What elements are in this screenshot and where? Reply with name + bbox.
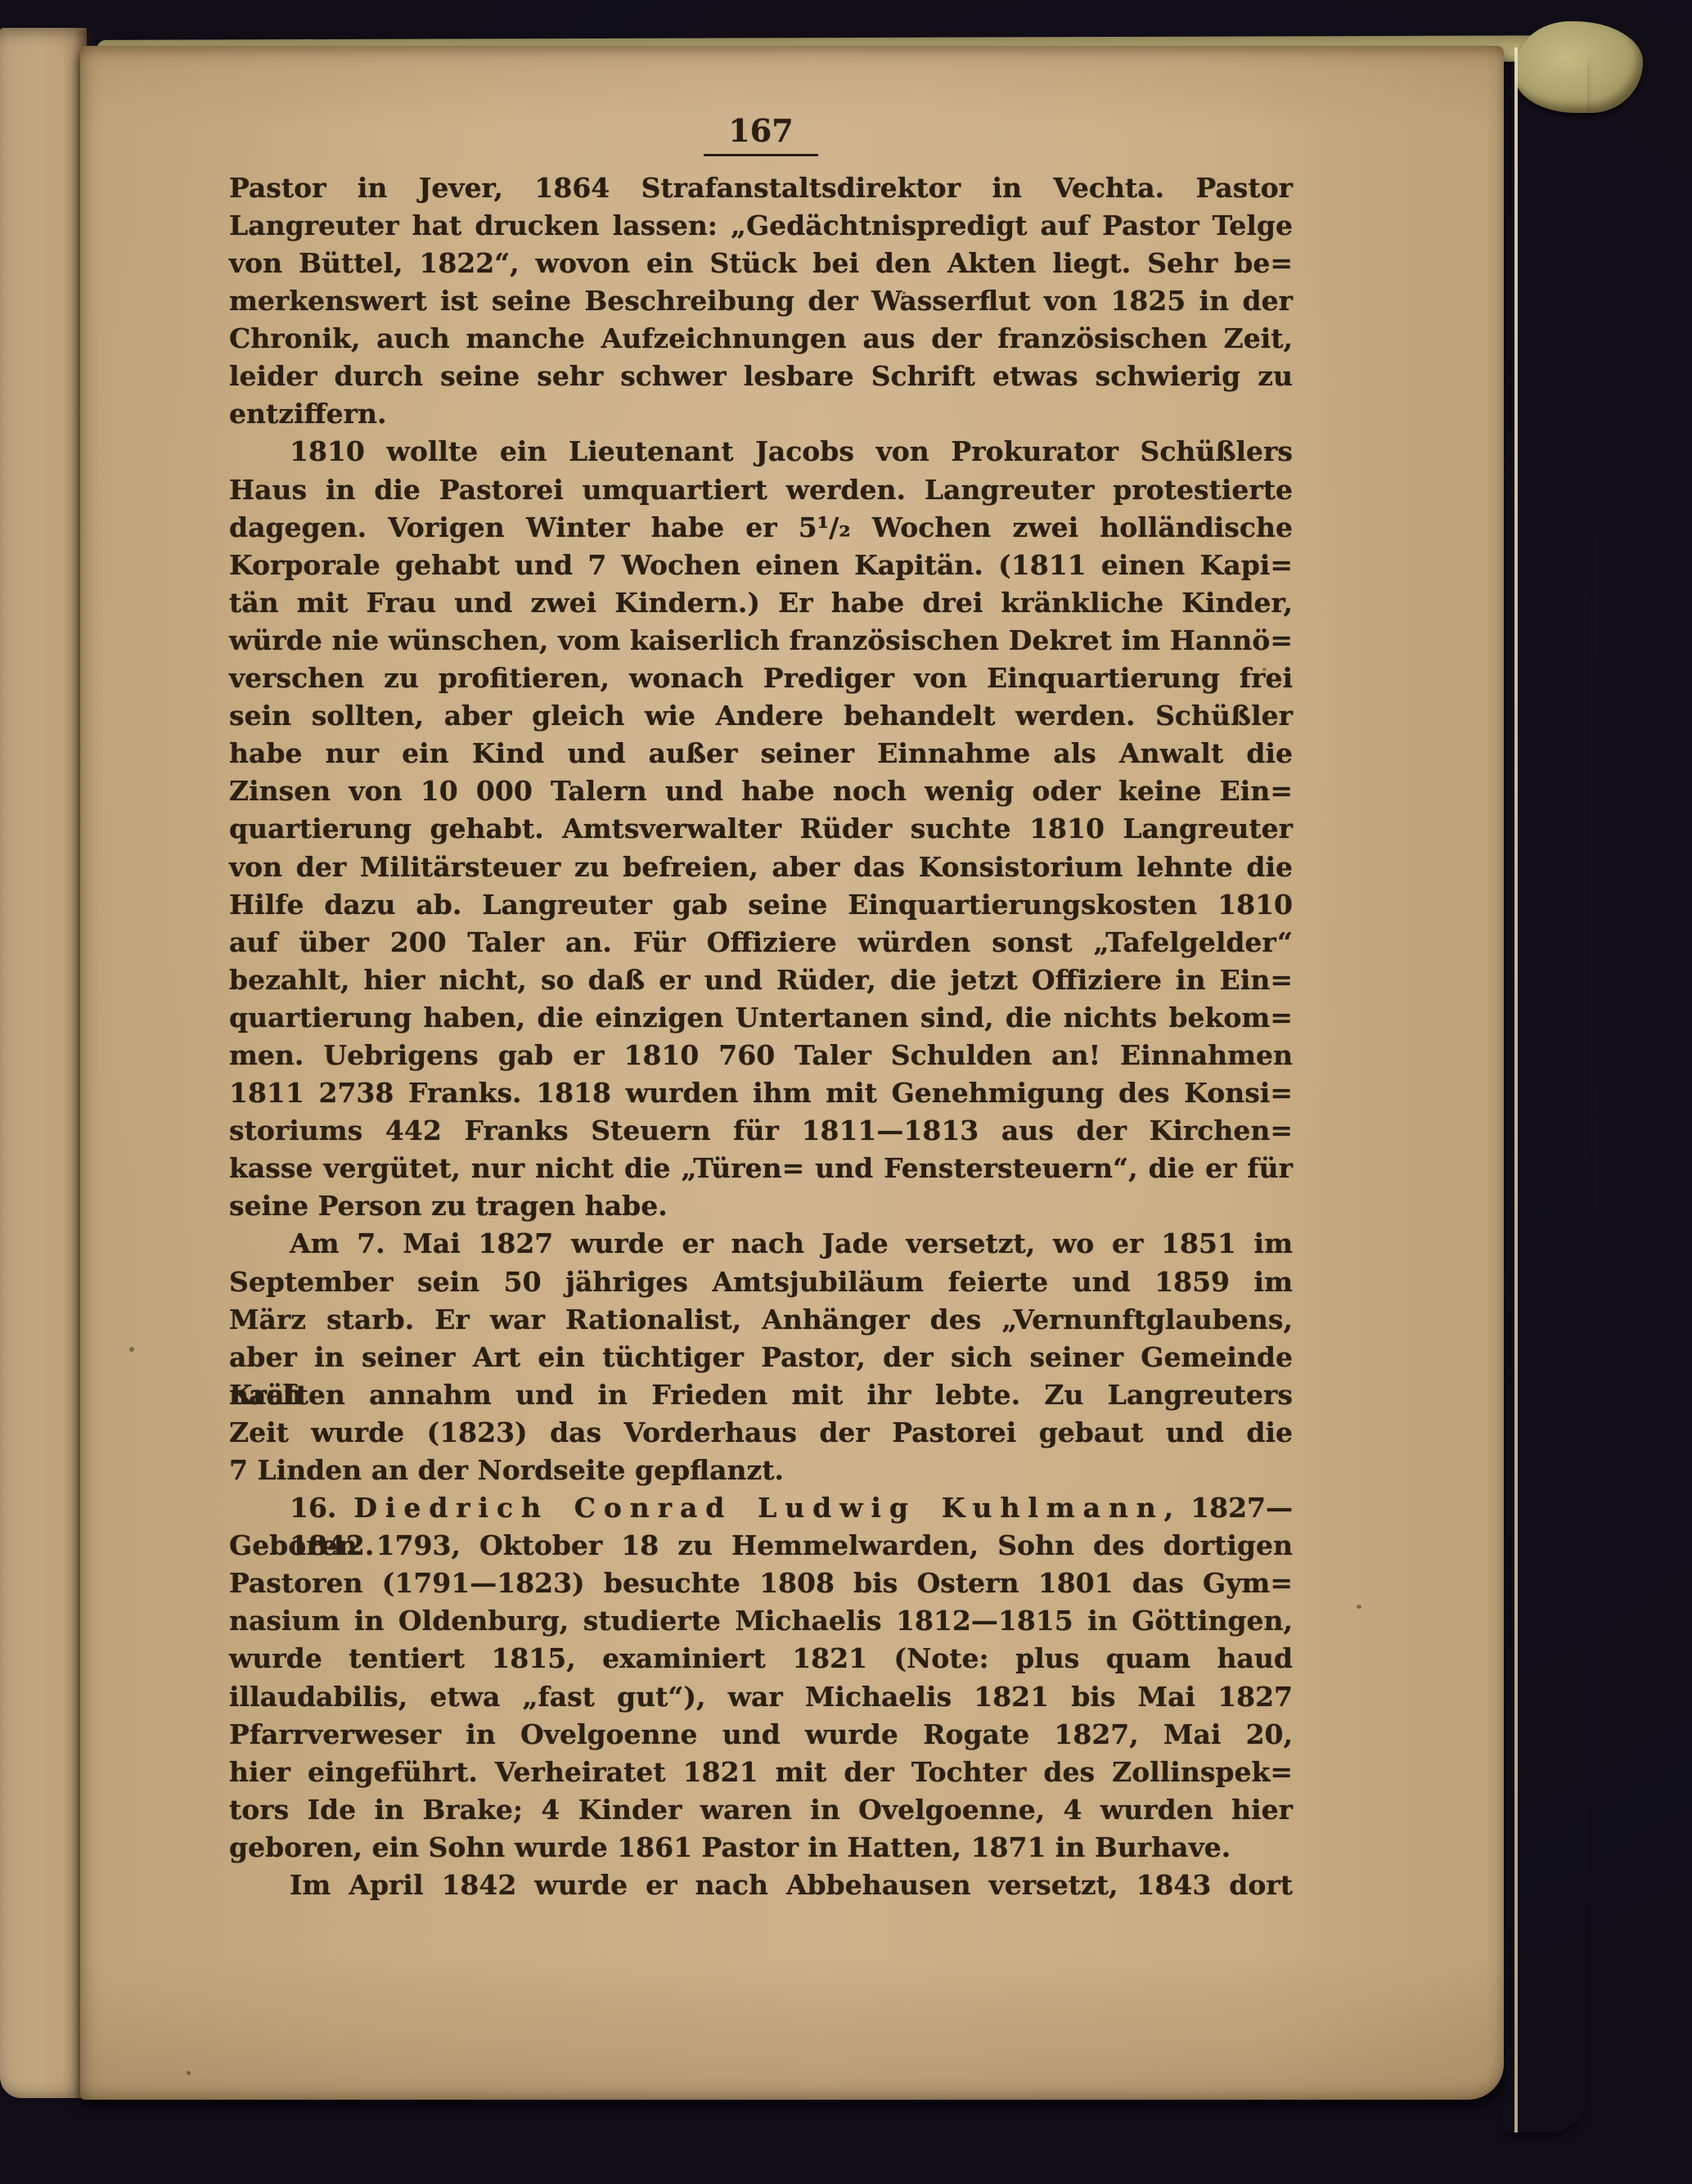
page-header: 167	[229, 113, 1293, 156]
text-segment: hier eingeführt. Verheiratet 1821 mit de…	[229, 1756, 1293, 1788]
text-segment: 7 Linden an der Nordseite gepflanzt.	[229, 1454, 784, 1486]
text-segment: auf über 200 Taler an. Für Offiziere wür…	[229, 926, 1293, 958]
text-line: Langreuter hat drucken lassen: „Gedächtn…	[229, 207, 1293, 245]
page-number: 167	[704, 113, 817, 156]
text-segment: von der Militärsteuer zu befreien, aber …	[229, 851, 1293, 883]
text-line: merkenswert ist seine Beschreibung der W…	[229, 282, 1293, 320]
text-segment: Korporale gehabt und 7 Wochen einen Kapi…	[229, 549, 1293, 581]
text-line: Im April 1842 wurde er nach Abbehausen v…	[229, 1867, 1293, 1904]
text-line: storiums 442 Franks Steuern für 1811—181…	[229, 1112, 1293, 1150]
text-line: würde nie wünschen, vom kaiserlich franz…	[229, 622, 1293, 660]
text-line: wurde tentiert 1815, examiniert 1821 (No…	[229, 1640, 1293, 1677]
paper-speck	[1262, 668, 1267, 671]
text-line: Korporale gehabt und 7 Wochen einen Kapi…	[229, 547, 1293, 584]
text-line: von Büttel, 1822“, wovon ein Stück bei d…	[229, 245, 1293, 282]
text-segment: 1811 2738 Franks. 1818 wurden ihm mit Ge…	[229, 1077, 1293, 1109]
text-segment: men. Uebrigens gab er 1810 760 Taler Sch…	[229, 1039, 1293, 1071]
text-line: habe nur ein Kind und außer seiner Einna…	[229, 735, 1293, 772]
text-line: men. Uebrigens gab er 1810 760 Taler Sch…	[229, 1037, 1293, 1074]
text-line: Pastor in Jever, 1864 Strafanstaltsdirek…	[229, 169, 1293, 207]
text-line: leider durch seine sehr schwer lesbare S…	[229, 358, 1293, 395]
text-segment: September sein 50 jähriges Amtsjubiläum …	[229, 1266, 1293, 1298]
text-segment: Zeit wurde (1823) das Vorderhaus der Pas…	[229, 1416, 1293, 1448]
text-segment: Hilfe dazu ab. Langreuter gab seine Einq…	[229, 889, 1293, 921]
text-segment: dagegen. Vorigen Winter habe er 5¹/₂ Woc…	[229, 511, 1293, 543]
text-segment: wurde tentiert 1815, examiniert 1821 (No…	[229, 1642, 1293, 1674]
text-segment: verschen zu profitieren, wonach Prediger…	[229, 662, 1293, 694]
text-segment: merkenswert ist seine Beschreibung der W…	[229, 285, 1293, 317]
text-segment: illaudabilis, etwa „fast gut“), war Mich…	[229, 1681, 1293, 1713]
text-segment: quartierung gehabt. Amtsverwalter Rüder …	[229, 813, 1293, 844]
text-line: auf über 200 Taler an. Für Offiziere wür…	[229, 924, 1293, 961]
text-segment: Langreuter hat drucken lassen: „Gedächtn…	[229, 209, 1293, 241]
text-line: Zinsen von 10 000 Talern und habe noch w…	[229, 772, 1293, 810]
text-block: 167 Pastor in Jever, 1864 Strafanstaltsd…	[229, 113, 1293, 1904]
text-segment: geboren, ein Sohn wurde 1861 Pastor in H…	[229, 1831, 1231, 1863]
text-line: entziffern.	[229, 395, 1293, 433]
text-segment: storiums 442 Franks Steuern für 1811—181…	[229, 1115, 1293, 1146]
text-line: Hilfe dazu ab. Langreuter gab seine Einq…	[229, 886, 1293, 924]
text-line: quartierung haben, die einzigen Untertan…	[229, 999, 1293, 1037]
text-line: Kräften annahm und in Frieden mit ihr le…	[229, 1376, 1293, 1414]
paper-speck	[902, 291, 906, 295]
text-line: Pastoren (1791—1823) besuchte 1808 bis O…	[229, 1565, 1293, 1602]
text-line: 16. Diedrich Conrad Ludwig Kuhlmann, 182…	[229, 1489, 1293, 1527]
text-segment: quartierung haben, die einzigen Untertan…	[229, 1002, 1293, 1033]
text-segment: Pfarrverweser in Ovelgoenne und wurde Ro…	[229, 1718, 1293, 1750]
text-segment: habe nur ein Kind und außer seiner Einna…	[229, 737, 1293, 769]
text-line: Chronik, auch manche Aufzeichnungen aus …	[229, 320, 1293, 358]
text-line: 1810 wollte ein Lieutenant Jacobs von Pr…	[229, 433, 1293, 471]
text-segment: Im April 1842 wurde er nach Abbehausen v…	[290, 1869, 1293, 1901]
text-line: Geboren 1793, Oktober 18 zu Hemmelwarden…	[229, 1527, 1293, 1565]
text-segment: würde nie wünschen, vom kaiserlich franz…	[229, 624, 1293, 656]
text-line: aber in seiner Art ein tüchtiger Pastor,…	[229, 1339, 1293, 1376]
text-line: quartierung gehabt. Amtsverwalter Rüder …	[229, 810, 1293, 848]
text-segment: entziffern.	[229, 398, 386, 430]
text-segment: leider durch seine sehr schwer lesbare S…	[229, 360, 1293, 392]
text-line: tän mit Frau und zwei Kindern.) Er habe …	[229, 584, 1293, 622]
text-line: von der Militärsteuer zu befreien, aber …	[229, 849, 1293, 886]
text-segment: bezahlt, hier nicht, so daß er und Rüder…	[229, 964, 1293, 996]
text-segment: 1810 wollte ein Lieutenant Jacobs von Pr…	[290, 435, 1293, 467]
body-text: Pastor in Jever, 1864 Strafanstaltsdirek…	[229, 169, 1293, 1904]
text-line: Pfarrverweser in Ovelgoenne und wurde Ro…	[229, 1716, 1293, 1754]
text-line: tors Ide in Brake; 4 Kinder waren in Ove…	[229, 1791, 1293, 1829]
text-segment: tän mit Frau und zwei Kindern.) Er habe …	[229, 587, 1293, 619]
text-line: hier eingeführt. Verheiratet 1821 mit de…	[229, 1754, 1293, 1791]
text-line: 7 Linden an der Nordseite gepflanzt.	[229, 1452, 1293, 1489]
text-segment: kasse vergütet, nur nicht die „Türen= un…	[229, 1152, 1293, 1184]
text-segment: nasium in Oldenburg, studierte Michaelis…	[229, 1605, 1293, 1637]
text-segment: Haus in die Pastorei umquartiert werden.…	[229, 474, 1293, 506]
text-segment: Chronik, auch manche Aufzeichnungen aus …	[229, 322, 1293, 354]
text-segment: Pastor in Jever, 1864 Strafanstaltsdirek…	[229, 172, 1293, 204]
text-line: nasium in Oldenburg, studierte Michaelis…	[229, 1602, 1293, 1640]
text-line: September sein 50 jähriges Amtsjubiläum …	[229, 1263, 1293, 1301]
text-line: März starb. Er war Rationalist, Anhänger…	[229, 1301, 1293, 1339]
book-page: 167 Pastor in Jever, 1864 Strafanstaltsd…	[80, 46, 1504, 2100]
text-segment: März starb. Er war Rationalist, Anhänger…	[229, 1304, 1293, 1335]
text-line: Zeit wurde (1823) das Vorderhaus der Pas…	[229, 1414, 1293, 1452]
text-line: verschen zu profitieren, wonach Prediger…	[229, 660, 1293, 697]
text-segment: Zinsen von 10 000 Talern und habe noch w…	[229, 775, 1293, 807]
fore-edge-page-stack	[1502, 47, 1587, 2132]
text-line: bezahlt, hier nicht, so daß er und Rüder…	[229, 961, 1293, 999]
text-segment: sein sollten, aber gleich wie Andere beh…	[229, 700, 1293, 732]
paper-speck	[1357, 1605, 1361, 1609]
person-name-spaced: Diedrich Conrad Ludwig Kuhlmann	[353, 1492, 1163, 1524]
text-line: 1811 2738 Franks. 1818 wurden ihm mit Ge…	[229, 1074, 1293, 1112]
text-line: dagegen. Vorigen Winter habe er 5¹/₂ Woc…	[229, 509, 1293, 547]
text-line: kasse vergütet, nur nicht die „Türen= un…	[229, 1150, 1293, 1187]
text-line: Haus in die Pastorei umquartiert werden.…	[229, 471, 1293, 509]
paper-speck	[129, 1347, 134, 1352]
text-line: seine Person zu tragen habe.	[229, 1187, 1293, 1225]
text-segment: Pastoren (1791—1823) besuchte 1808 bis O…	[229, 1567, 1293, 1599]
text-line: illaudabilis, etwa „fast gut“), war Mich…	[229, 1678, 1293, 1716]
text-line: geboren, ein Sohn wurde 1861 Pastor in H…	[229, 1829, 1293, 1867]
text-segment: Kräften annahm und in Frieden mit ihr le…	[229, 1379, 1293, 1411]
text-line: Am 7. Mai 1827 wurde er nach Jade verset…	[229, 1225, 1293, 1263]
book-photo-background: 167 Pastor in Jever, 1864 Strafanstaltsd…	[0, 0, 1692, 2184]
text-segment: von Büttel, 1822“, wovon ein Stück bei d…	[229, 247, 1293, 279]
text-segment: 16.	[290, 1492, 353, 1524]
text-segment: Geboren 1793, Oktober 18 zu Hemmelwarden…	[229, 1529, 1293, 1561]
text-segment: tors Ide in Brake; 4 Kinder waren in Ove…	[229, 1794, 1293, 1826]
text-line: sein sollten, aber gleich wie Andere beh…	[229, 697, 1293, 735]
text-segment: seine Person zu tragen habe.	[229, 1190, 668, 1222]
paper-speck	[187, 2071, 191, 2075]
text-segment: Am 7. Mai 1827 wurde er nach Jade verset…	[290, 1227, 1293, 1259]
